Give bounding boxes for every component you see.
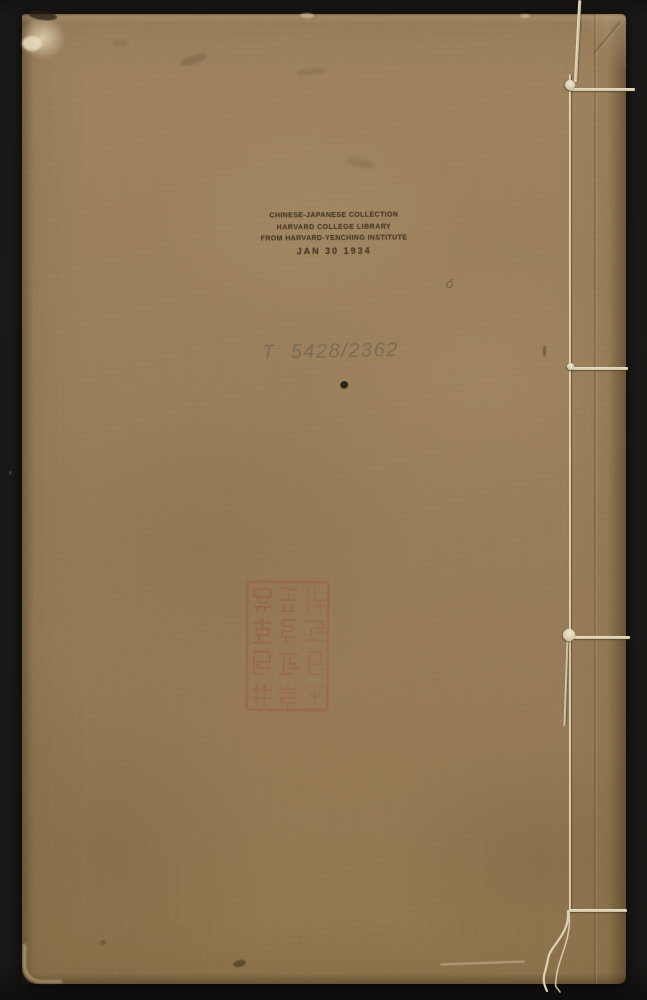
book-cover: CHINESE-JAPANESE COLLECTION HARVARD COLL… [22,14,626,984]
stain [112,40,128,47]
bottom-edge-shadow [22,973,626,984]
pencil-mark: ó [445,276,454,292]
corner-tear-top-left [29,10,58,22]
photo-background: CHINESE-JAPANESE COLLECTION HARVARD COLL… [0,0,647,1000]
stain [296,66,327,76]
stain [179,51,208,68]
binding-thread-vertical [569,74,572,912]
spine-crease-line [594,14,596,984]
top-edge-highlight [22,14,626,23]
right-edge-shadow [608,14,626,984]
binding-knot-lower [561,627,578,644]
binding-knot-middle [566,362,576,372]
call-number: T 5428/2362 [262,338,442,365]
paper-fiber-texture [22,14,626,984]
binding-stitch-lower-middle [569,636,630,639]
dark-speck [543,345,546,357]
left-edge-shadow [22,14,34,984]
worn-corner-top-left [20,16,66,60]
corner-crease-top-right [593,22,620,54]
binding-thread-top-overhang [574,0,581,82]
binding-knot-top [563,78,577,92]
binding-stitch-top [569,88,635,91]
worn-corner-top-right [578,14,626,70]
dark-speck [232,959,246,969]
light-scratch [440,961,525,966]
background-speck [9,471,12,475]
stamp-line-institute: FROM HARVARD-YENCHING INSTITUTE [256,232,412,245]
dark-speck [100,940,106,945]
edge-chip [300,13,314,18]
stain [344,155,375,170]
loose-thread-ends [540,895,620,1000]
binding-stitch-upper-middle [569,367,628,370]
wormhole-spot [340,381,349,390]
edge-chip [520,14,530,18]
paper-grain-texture [22,14,626,984]
binding-thread-double [563,640,568,726]
library-seal-stamp [244,580,330,713]
worn-corner-bottom-left [23,944,62,983]
stamp-line-collection: CHINESE-JAPANESE COLLECTION [256,209,412,222]
library-stamp: CHINESE-JAPANESE COLLECTION HARVARD COLL… [256,209,412,257]
worn-corner-top-left-spot [22,36,42,51]
stamp-line-date: JAN 30 1934 [256,244,412,258]
